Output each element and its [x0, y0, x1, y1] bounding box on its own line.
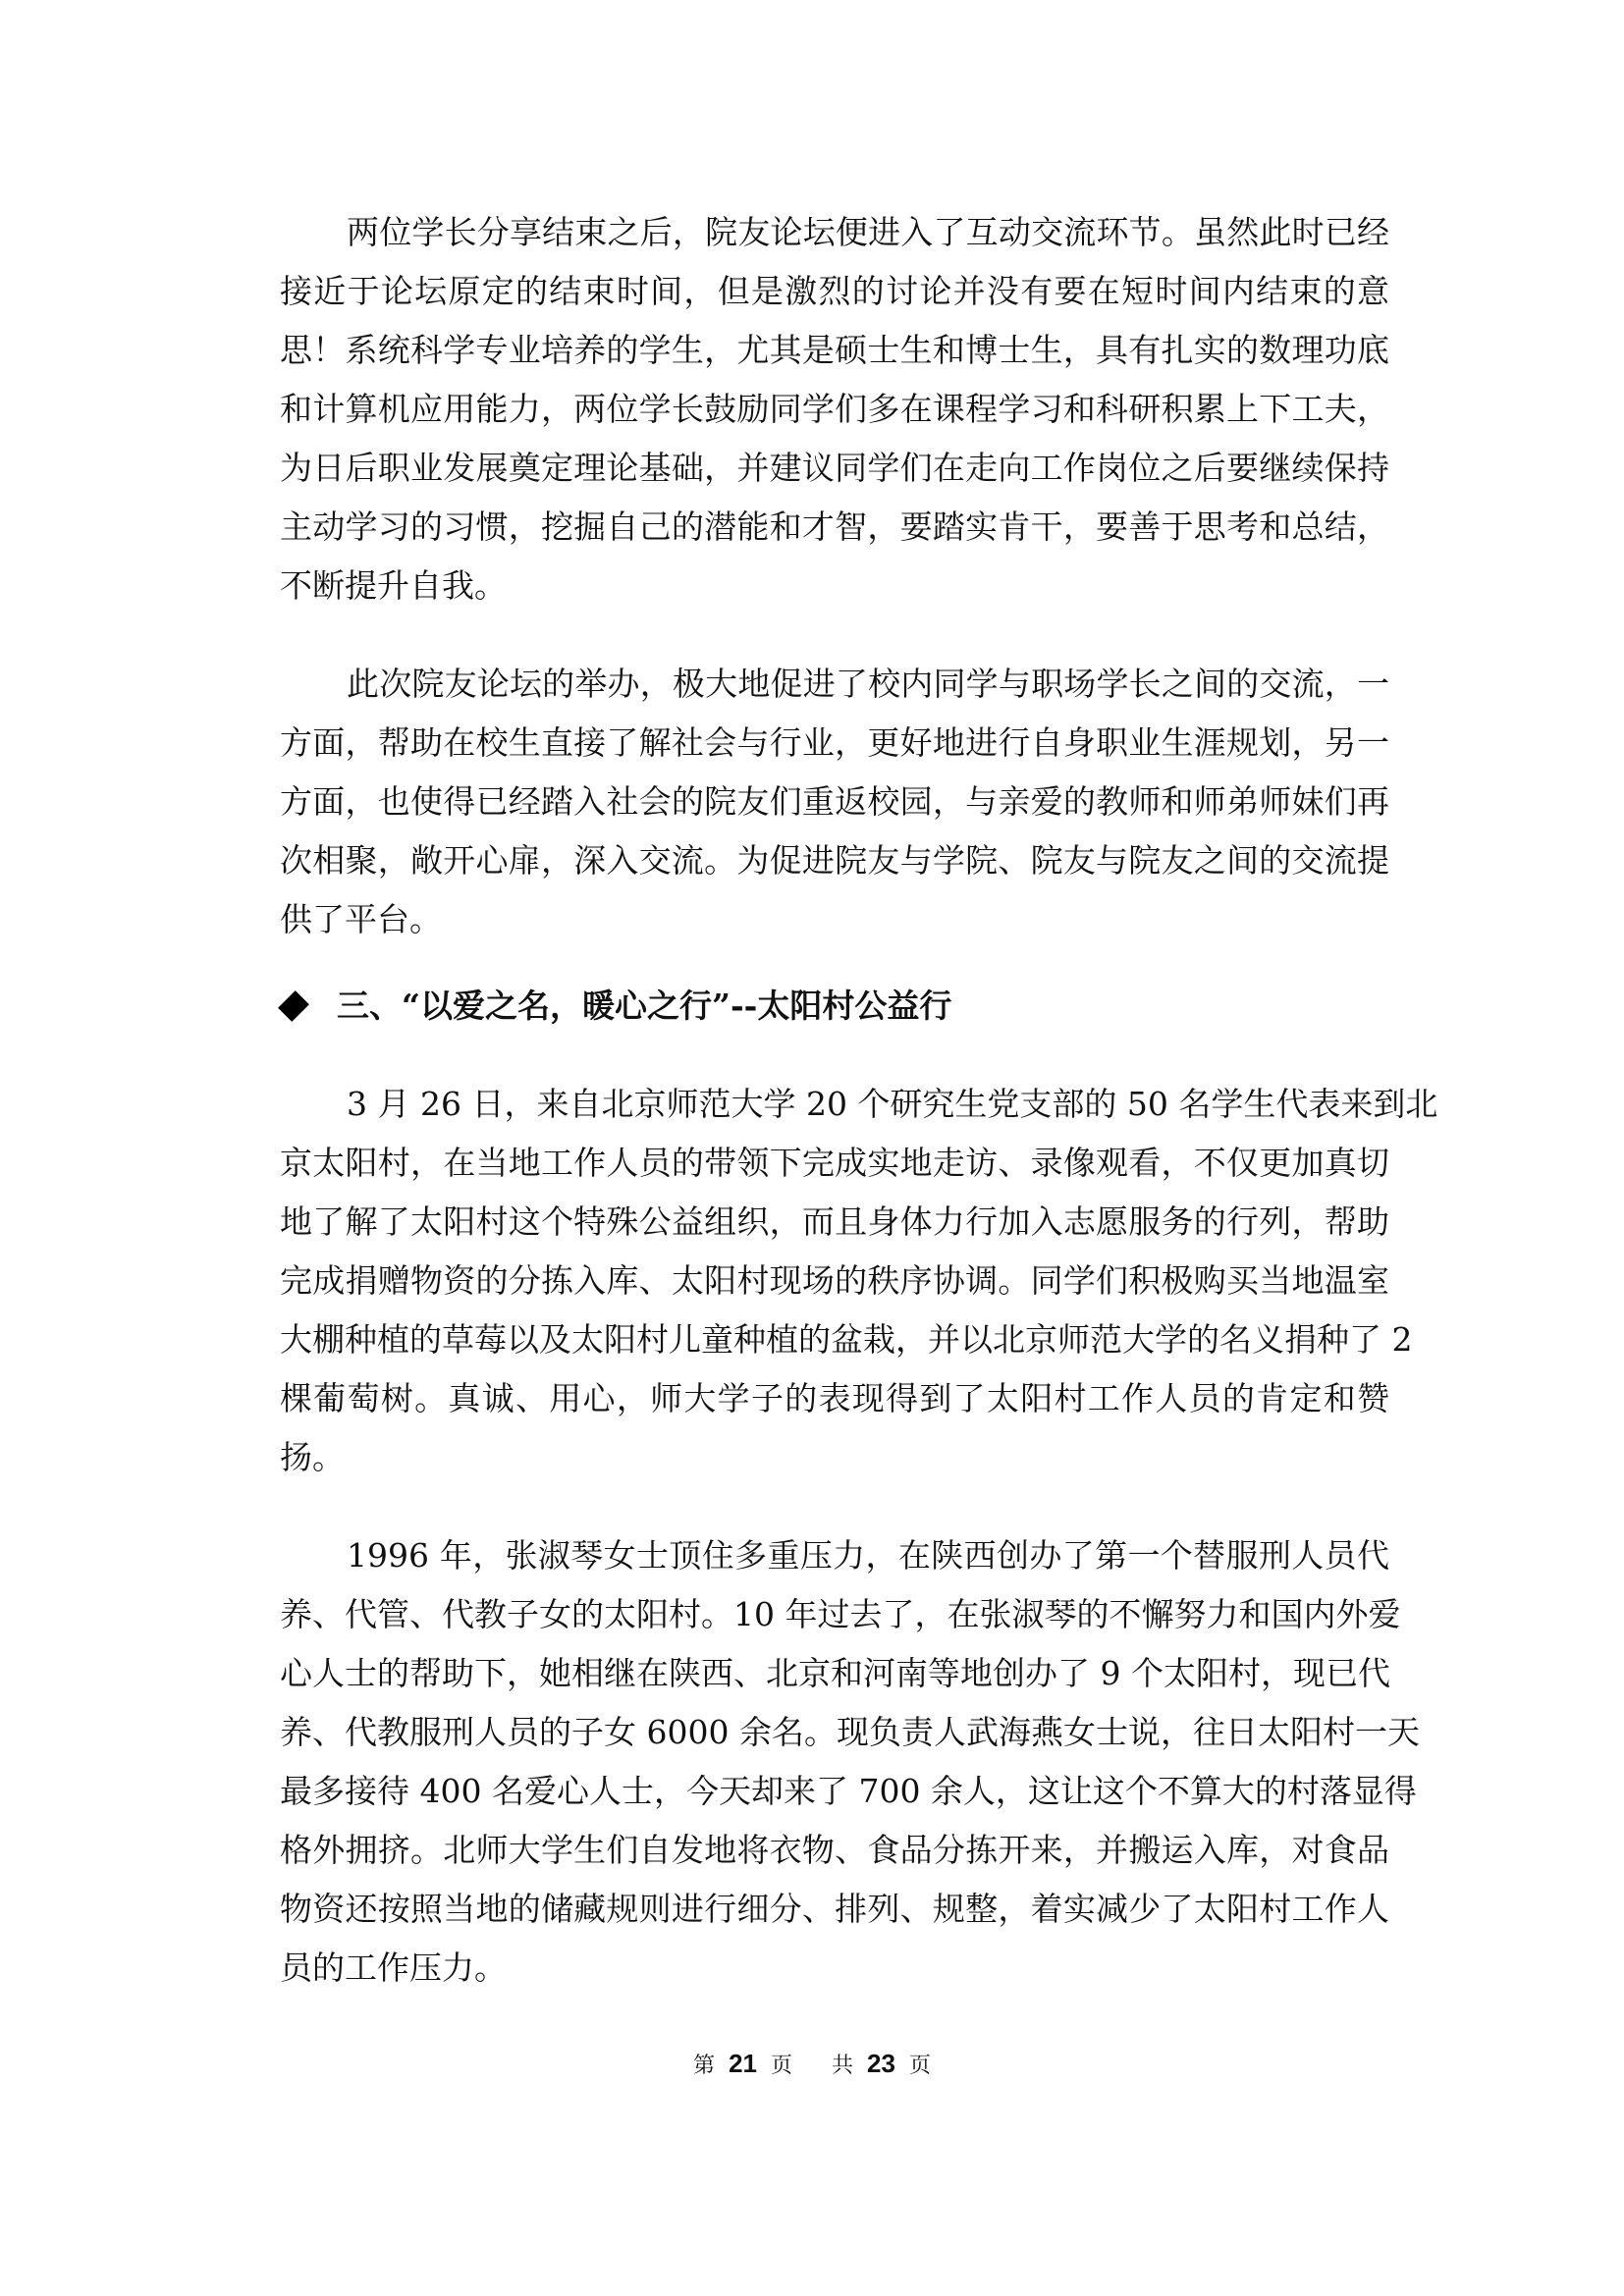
text-line: 不断提升自我。 [280, 557, 1389, 615]
text-line: 接近于论坛原定的结束时间，但是激烈的讨论并没有要在短时间内结束的意 [280, 262, 1389, 321]
footer-prefix: 第 [693, 2054, 715, 2078]
text-line: 3 月 26 日，来自北京师范大学 20 个研究生党支部的 50 名学生代表来到… [347, 1075, 1389, 1134]
footer-page-word: 页 [771, 2054, 792, 2078]
diamond-bullet-icon [278, 990, 309, 1022]
text-line: 方面，也使得已经踏入社会的院友们重返校园，与亲爱的教师和师弟师妹们再 [280, 773, 1389, 831]
text-line: 供了平台。 [280, 890, 1389, 949]
text-line: 物资还按照当地的储藏规则进行细分、排列、规整，着实减少了太阳村工作人 [280, 1880, 1389, 1939]
text-line: 养、代教服刑人员的子女 6000 余名。现负责人武海燕女士说，往日太阳村一天 [280, 1703, 1389, 1762]
text-line: 为日后职业发展奠定理论基础，并建议同学们在走向工作岗位之后要继续保持 [280, 439, 1389, 498]
text-line: 和计算机应用能力，两位学长鼓励同学们多在课程学习和科研积累上下工夫， [280, 380, 1389, 439]
current-page-number: 21 [729, 2049, 757, 2078]
text-line: 扬。 [280, 1428, 1389, 1487]
text-line: 大棚种植的草莓以及太阳村儿童种植的盆栽，并以北京师范大学的名义捐种了 2 [280, 1310, 1389, 1369]
text-line: 京太阳村，在当地工作人员的带领下完成实地走访、录像观看，不仅更加真切 [280, 1134, 1389, 1193]
text-line: 心人士的帮助下，她相继在陕西、北京和河南等地创办了 9 个太阳村，现已代 [280, 1644, 1389, 1703]
text-line: 棵葡萄树。真诚、用心，师大学子的表现得到了太阳村工作人员的肯定和赞 [280, 1369, 1389, 1428]
total-pages-number: 23 [867, 2049, 895, 2078]
text-line: 格外拥挤。北师大学生们自发地将衣物、食品分拣开来，并搬运入库，对食品 [280, 1821, 1389, 1880]
section-heading: 三、“以爱之名，暖心之行”--太阳村公益行 [280, 977, 951, 1036]
document-page: 两位学长分享结束之后，院友论坛便进入了互动交流环节。虽然此时已经 接近于论坛原定… [0, 0, 1624, 2296]
text-line: 地了解了太阳村这个特殊公益组织，而且身体力行加入志愿服务的行列，帮助 [280, 1193, 1389, 1252]
text-line: 两位学长分享结束之后，院友论坛便进入了互动交流环节。虽然此时已经 [347, 203, 1389, 262]
text-line: 最多接待 400 名爱心人士，今天却来了 700 余人，这让这个不算大的村落显得 [280, 1762, 1389, 1821]
text-line: 次相聚，敞开心扉，深入交流。为促进院友与学院、院友与院友之间的交流提 [280, 831, 1389, 890]
text-line: 思！系统科学专业培养的学生，尤其是硕士生和博士生，具有扎实的数理功底 [280, 321, 1389, 380]
section-heading-text: 三、“以爱之名，暖心之行”--太阳村公益行 [337, 977, 951, 1036]
footer-total-prefix: 共 [832, 2054, 853, 2078]
text-line: 1996 年，张淑琴女士顶住多重压力，在陕西创办了第一个替服刑人员代 [347, 1526, 1389, 1585]
text-line: 养、代管、代教子女的太阳村。10 年过去了，在张淑琴的不懈努力和国内外爱 [280, 1585, 1389, 1644]
text-line: 主动学习的习惯，挖掘自己的潜能和才智，要踏实肯干，要善于思考和总结， [280, 498, 1389, 557]
footer-total-suffix: 页 [909, 2054, 931, 2078]
text-line: 员的工作压力。 [280, 1939, 1389, 1998]
page-footer: 第21页共23页 [0, 2046, 1624, 2084]
text-line: 方面，帮助在校生直接了解社会与行业，更好地进行自身职业生涯规划，另一 [280, 714, 1389, 773]
text-line: 此次院友论坛的举办，极大地促进了校内同学与职场学长之间的交流，一 [347, 655, 1389, 714]
text-line: 完成捐赠物资的分拣入库、太阳村现场的秩序协调。同学们积极购买当地温室 [280, 1252, 1389, 1310]
